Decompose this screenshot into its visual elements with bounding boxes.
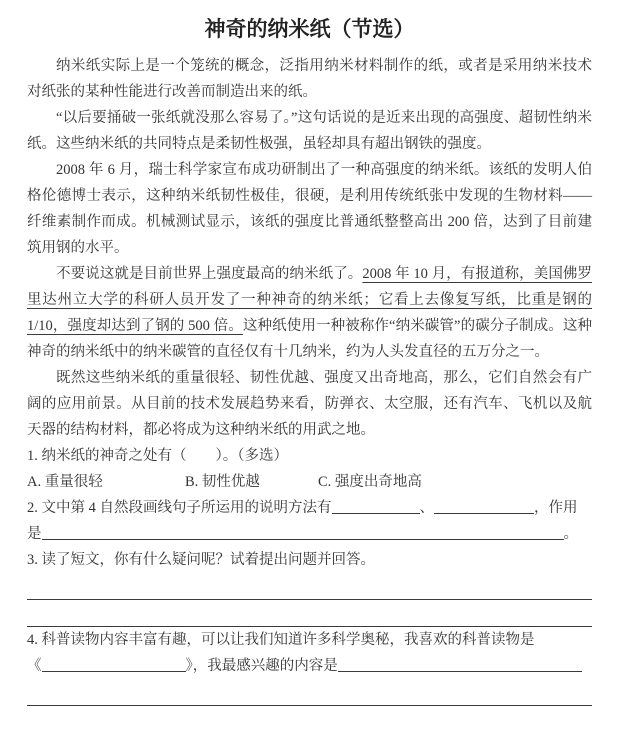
answer-blank [42,526,564,540]
answer-blank [42,658,186,672]
answer-line [27,573,592,600]
question-2-lead: 2. 文中第 4 自然段画线句子所运用的说明方法有 [27,500,332,516]
question-1-options: A. 重量很轻B. 韧性优越C. 强度出奇地高 [27,469,592,495]
answer-blank [338,658,582,672]
worksheet-page: 神奇的纳米纸（节选） 纳米纸实际上是一个笼统的概念，泛指用纳米材料制作的纸，或者… [0,0,619,737]
question-2-tail: ，作用 [534,500,578,516]
answer-line [27,679,592,706]
question-1: 1. 纳米纸的神奇之处有（ ）。（多选） [27,443,592,469]
question-4-line2: 《》，我最感兴趣的内容是 [27,653,592,679]
paragraph-2: “以后要捅破一张纸就没那么容易了。”这句话说的是近来出现的高强度、超韧性纳米纸。… [27,105,592,157]
question-2-line1: 2. 文中第 4 自然段画线句子所运用的说明方法有、，作用 [27,495,592,521]
option-c: C. 强度出奇地高 [318,469,422,495]
question-4-bracket-open: 《 [27,658,42,674]
answer-line [27,600,592,627]
question-4-mid: 》，我最感兴趣的内容是 [186,658,338,674]
paragraph-1: 纳米纸实际上是一个笼统的概念，泛指用纳米材料制作的纸，或者是采用纳米技术对纸张的… [27,53,592,105]
option-a: A. 重量很轻 [27,469,185,495]
question-4-line1: 4. 科普读物内容丰富有趣，可以让我们知道许多科学奥秘，我喜欢的科普读物是 [27,627,592,653]
paragraph-5: 既然这些纳米纸的重量很轻、韧性优越、强度又出奇地高，那么，它们自然会有广阔的应用… [27,365,592,443]
question-3: 3. 读了短文，你有什么疑问呢？试着提出问题并回答。 [27,547,592,573]
paragraph-3: 2008 年 6 月，瑞士科学家宣布成功研制出了一种高强度的纳米纸。该纸的发明人… [27,157,592,261]
question-2-line2-tail: 。 [564,526,579,542]
page-title: 神奇的纳米纸（节选） [27,15,592,43]
question-2-separator: 、 [420,500,435,516]
answer-blank [332,500,420,514]
answer-blank [434,500,534,514]
paragraph-4-plain-lead: 不要说这就是目前世界上强度最高的纳米纸了。 [56,266,362,282]
question-2-line2-lead: 是 [27,526,42,542]
option-b: B. 韧性优越 [185,469,318,495]
question-2-line2: 是。 [27,521,592,547]
paragraph-4: 不要说这就是目前世界上强度最高的纳米纸了。2008 年 10 月，有报道称，美国… [27,261,592,365]
